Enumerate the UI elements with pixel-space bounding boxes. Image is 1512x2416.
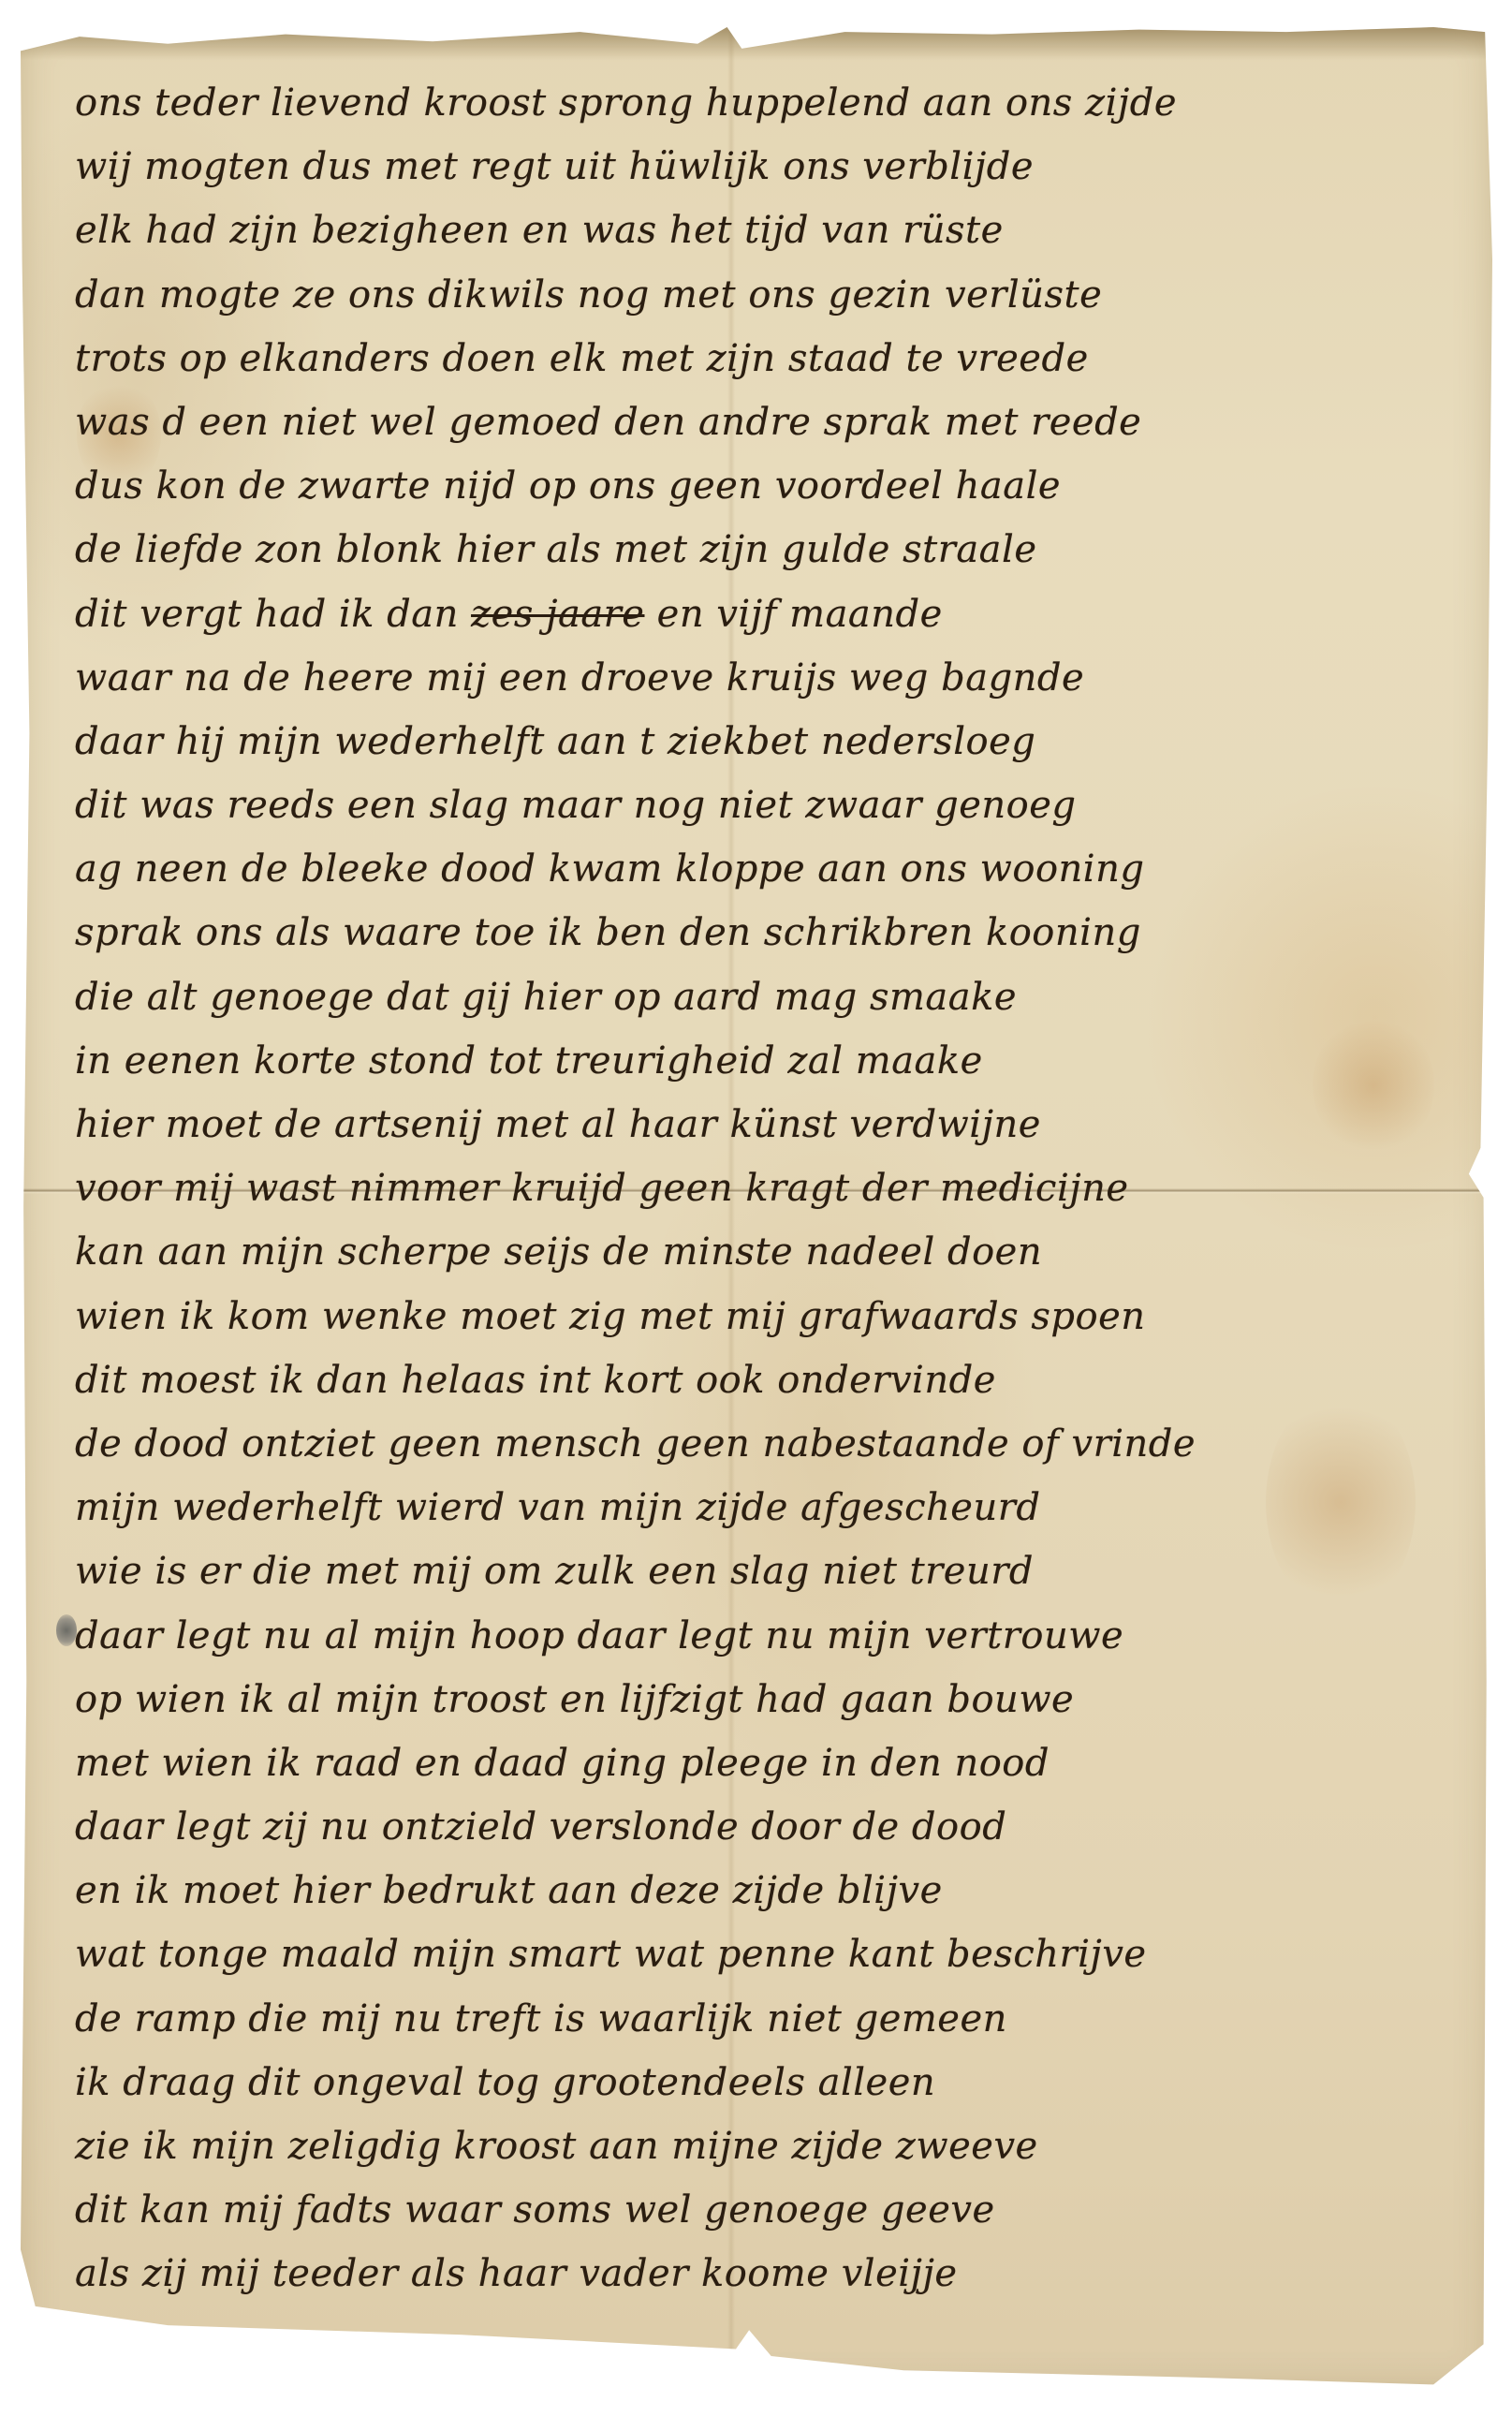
- text-line: dit kan mij fadts waar soms wel genoege …: [75, 2178, 1479, 2242]
- text-line: als zij mij teeder als haar vader koome …: [75, 2242, 1479, 2306]
- text-line: de liefde zon blonk hier als met zijn gu…: [75, 518, 1479, 582]
- text-line: hier moet de artsenij met al haar künst …: [75, 1093, 1479, 1156]
- text-line: ons teder lievend kroost sprong huppelen…: [75, 71, 1479, 135]
- struck-through-text: zes jaare: [471, 593, 644, 636]
- text-line: zie ik mijn zeligdig kroost aan mijne zi…: [75, 2114, 1479, 2178]
- text-line: in eenen korte stond tot treurigheid zal…: [75, 1029, 1479, 1093]
- text-line: dus kon de zwarte nijd op ons geen voord…: [75, 454, 1479, 518]
- text-line: sprak ons als waare toe ik ben den schri…: [75, 901, 1479, 965]
- text-line: dan mogte ze ons dikwils nog met ons gez…: [75, 263, 1479, 327]
- text-line: en ik moet hier bedrukt aan deze zijde b…: [75, 1859, 1479, 1922]
- text-line: dit vergt had ik dan zes jaare en vijf m…: [75, 582, 1479, 646]
- text-line: waar na de heere mij een droeve kruijs w…: [75, 646, 1479, 710]
- text-line: de ramp die mij nu treft is waarlijk nie…: [75, 1987, 1479, 2051]
- text-line: wij mogten dus met regt uit hüwlijk ons …: [75, 135, 1479, 199]
- text-line: daar legt nu al mijn hoop daar legt nu m…: [75, 1604, 1479, 1668]
- text-line: kan aan mijn scherpe seijs de minste nad…: [75, 1220, 1479, 1284]
- text-line: wien ik kom wenke moet zig met mij grafw…: [75, 1285, 1479, 1348]
- text-line: op wien ik al mijn troost en lijfzigt ha…: [75, 1668, 1479, 1731]
- text-line: mijn wederhelft wierd van mijn zijde afg…: [75, 1476, 1479, 1539]
- text-line: de dood ontziet geen mensch geen nabesta…: [75, 1412, 1479, 1476]
- text-line: met wien ik raad en daad ging pleege in …: [75, 1731, 1479, 1795]
- handwritten-text: ons teder lievend kroost sprong huppelen…: [75, 71, 1479, 2306]
- line-text: dit vergt had ik dan: [75, 593, 471, 636]
- text-line: wat tonge maald mijn smart wat penne kan…: [75, 1922, 1479, 1986]
- text-line: ag neen de bleeke dood kwam kloppe aan o…: [75, 837, 1479, 901]
- text-line: daar hij mijn wederhelft aan t ziekbet n…: [75, 710, 1479, 773]
- text-line: elk had zijn bezigheen en was het tijd v…: [75, 199, 1479, 262]
- text-line: ik draag dit ongeval tog grootendeels al…: [75, 2051, 1479, 2114]
- text-line: trots op elkanders doen elk met zijn sta…: [75, 327, 1479, 390]
- text-line: voor mij wast nimmer kruijd geen kragt d…: [75, 1156, 1479, 1220]
- paper-hole: [56, 1614, 77, 1646]
- text-line: was d een niet wel gemoed den andre spra…: [75, 390, 1479, 454]
- manuscript-page: ons teder lievend kroost sprong huppelen…: [21, 22, 1492, 2392]
- text-line: dit moest ik dan helaas int kort ook ond…: [75, 1348, 1479, 1412]
- text-line: die alt genoege dat gij hier op aard mag…: [75, 965, 1479, 1029]
- text-line: wie is er die met mij om zulk een slag n…: [75, 1539, 1479, 1603]
- burnt-top-edge: [21, 22, 1492, 60]
- text-line: daar legt zij nu ontzield verslonde door…: [75, 1795, 1479, 1859]
- text-line: dit was reeds een slag maar nog niet zwa…: [75, 773, 1479, 837]
- line-text: en vijf maande: [644, 593, 942, 636]
